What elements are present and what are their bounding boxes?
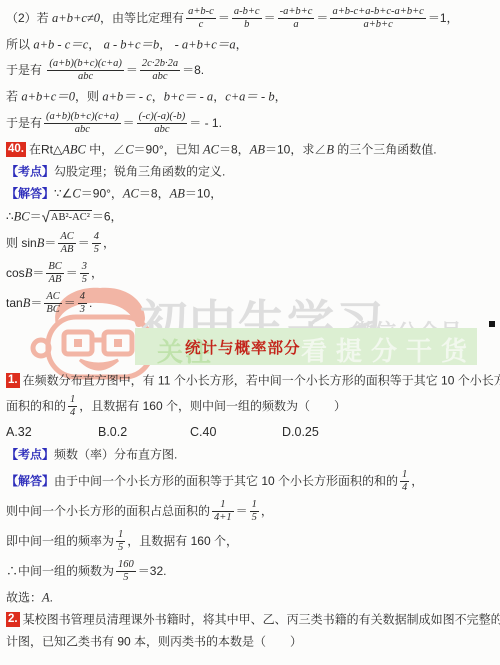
text-run: ， bbox=[261, 504, 273, 518]
fraction: 45 bbox=[92, 231, 101, 256]
text-run: ∴ bbox=[6, 209, 14, 223]
text-line: 【考点】频数（率）分布直方图. bbox=[6, 446, 500, 463]
math-run: AC bbox=[123, 187, 139, 201]
answer-option: B.0.2 bbox=[98, 424, 190, 441]
fraction: 43 bbox=[78, 291, 87, 316]
fraction: (-c)(-a)(-b)abc bbox=[137, 111, 188, 136]
document-content: （2）若 a+b+c≠0，由等比定理有a+b-cc＝a-b+cb＝-a+b+ca… bbox=[0, 0, 500, 651]
text-run: ， bbox=[236, 37, 248, 51]
text-run: （2）若 bbox=[6, 11, 52, 25]
text-line: 于是有 (a+b)(b+c)(c+a)abc＝2c·2b·2aabc＝8. bbox=[6, 58, 500, 83]
text-run: 计图，已知乙类书有 90 本，则丙类书的本数是（ ） bbox=[6, 635, 302, 649]
math-run: a+b - c＝c bbox=[33, 37, 88, 51]
fraction: 15 bbox=[250, 499, 259, 524]
math-run: b+c＝ - a bbox=[164, 90, 213, 104]
text-run: 即中间一组的频率为 bbox=[6, 534, 114, 548]
text-run: ∴中间一组的频数为 bbox=[6, 564, 114, 578]
text-line: tanB＝ACBC＝43. bbox=[6, 291, 500, 316]
fraction: ACBC bbox=[44, 291, 61, 316]
text-run: 中，∠ bbox=[86, 142, 125, 156]
fraction: (a+b)(b+c)(c+a)abc bbox=[44, 111, 121, 136]
text-run: ， bbox=[91, 266, 103, 280]
math-run: a+b＝ - c bbox=[102, 90, 151, 104]
text-run: 的三个三角函数值. bbox=[334, 142, 437, 156]
fraction: 35 bbox=[80, 261, 89, 286]
text-run: 故选： bbox=[6, 590, 42, 604]
text-run: ， bbox=[88, 37, 103, 51]
text-run: ， bbox=[213, 90, 225, 104]
text-run: ，且数据有 160 个，则中间一组的频数为（ ） bbox=[79, 399, 346, 413]
math-run: AB bbox=[250, 142, 265, 156]
text-line: 于是有(a+b)(b+c)(c+a)abc＝(-c)(-a)(-b)abc＝ -… bbox=[6, 111, 500, 136]
math-run: AB bbox=[170, 187, 185, 201]
math-run: B bbox=[326, 142, 334, 156]
answer-option: C.40 bbox=[190, 424, 282, 441]
text-run: ＝8. bbox=[182, 63, 204, 77]
fraction: a+b-c+a-b+c-a+b+ca+b+c bbox=[330, 6, 425, 31]
section-label: 【解答】 bbox=[6, 187, 54, 201]
fraction: -a+b+ca bbox=[278, 6, 315, 31]
text-run: ＝8， bbox=[219, 142, 250, 156]
math-run: A bbox=[42, 590, 50, 604]
fraction: 1605 bbox=[116, 559, 136, 584]
text-line: 则 sinB＝ACAB＝45， bbox=[6, 231, 500, 256]
text-run: . bbox=[50, 590, 53, 604]
problem-lines-bottom: 1.在频数分布直方图中，有 11 个小长方形，若中间一个小长方形的面积等于其它 … bbox=[0, 372, 500, 651]
text-line: 故选：A. bbox=[6, 589, 500, 606]
fraction: ACAB bbox=[58, 231, 75, 256]
text-run: ＝6， bbox=[92, 209, 123, 223]
section-label: 【考点】 bbox=[6, 448, 54, 462]
text-run: ＝10， bbox=[185, 187, 222, 201]
text-run: cos bbox=[6, 266, 25, 280]
text-run: ， bbox=[275, 90, 287, 104]
text-run: ，且数据有 160 个， bbox=[127, 534, 238, 548]
text-run: ＝ bbox=[64, 296, 76, 310]
text-run: ＝ bbox=[30, 296, 42, 310]
text-run: ＝ bbox=[32, 266, 44, 280]
text-line: 则中间一个小长方形的面积占总面积的14+1＝15， bbox=[6, 499, 500, 524]
fraction: 14 bbox=[400, 469, 409, 494]
text-line: 40.在Rt△ABC 中，∠C＝90°，已知 AC＝8，AB＝10，求∠B 的三… bbox=[6, 141, 500, 158]
text-line: A.32B.0.2C.40D.0.25 bbox=[6, 424, 500, 441]
text-run: ＝1， bbox=[428, 11, 459, 25]
text-line: ∴中间一组的频数为1605＝32. bbox=[6, 559, 500, 584]
text-run: ＝ bbox=[236, 504, 248, 518]
text-run: ∵∠ bbox=[54, 187, 72, 201]
text-run: 则中间一个小长方形的面积占总面积的 bbox=[6, 504, 210, 518]
sqrt-expression: √AB²-AC² bbox=[42, 208, 92, 226]
math-run: ABC bbox=[62, 142, 86, 156]
math-run: a - b+c＝b bbox=[104, 37, 160, 51]
section-title: 统计与概率部分 bbox=[185, 336, 500, 358]
text-run: ＝ bbox=[44, 236, 56, 250]
math-run: a+b+c＝0 bbox=[21, 90, 75, 104]
text-run: 某校图书管理员清理课外书籍时，将其中甲、乙、丙三类书籍的有关数据制成如图不完整的… bbox=[23, 612, 500, 626]
math-run: C bbox=[72, 187, 80, 201]
text-run: 于是有 bbox=[6, 116, 42, 130]
text-run: ＝ bbox=[30, 209, 42, 223]
text-run: ， bbox=[103, 236, 115, 250]
text-line: cosB＝BCAB＝35， bbox=[6, 261, 500, 286]
text-line: 2.某校图书管理员清理课外书籍时，将其中甲、乙、丙三类书籍的有关数据制成如图不完… bbox=[6, 611, 500, 628]
fraction: 14+1 bbox=[212, 499, 234, 524]
text-run: ＝32. bbox=[138, 564, 167, 578]
text-run: ＝ - 1. bbox=[189, 116, 222, 130]
answer-option: A.32 bbox=[6, 424, 98, 441]
text-run: ＝90°， bbox=[81, 187, 123, 201]
text-run: . bbox=[89, 296, 92, 310]
text-run: 在Rt△ bbox=[29, 142, 62, 156]
text-line: 若 a+b+c＝0，则 a+b＝ - c，b+c＝ - a，c+a＝ - b， bbox=[6, 88, 500, 105]
text-line: ∴BC＝√AB²-AC²＝6， bbox=[6, 208, 500, 226]
text-run: ＝8， bbox=[139, 187, 170, 201]
text-run: ＝ bbox=[123, 116, 135, 130]
text-run: 由于中间一个小长方形的面积等于其它 10 个小长方形面积的和的 bbox=[54, 474, 398, 488]
math-run: AC bbox=[203, 142, 219, 156]
text-line: （2）若 a+b+c≠0，由等比定理有a+b-cc＝a-b+cb＝-a+b+ca… bbox=[6, 6, 500, 31]
text-run: ，由等比定理有 bbox=[100, 11, 184, 25]
text-run: ＝ bbox=[316, 11, 328, 25]
text-line: 所以 a+b - c＝c， a - b+c＝b， - a+b+c＝a， bbox=[6, 36, 500, 53]
text-run: ＝ bbox=[264, 11, 276, 25]
text-line: 【考点】勾股定理；锐角三角函数的定义. bbox=[6, 163, 500, 180]
fraction: a+b-cc bbox=[186, 6, 216, 31]
text-run: 所以 bbox=[6, 37, 33, 51]
math-run: BC bbox=[14, 209, 30, 223]
fraction: (a+b)(b+c)(c+a)abc bbox=[47, 58, 124, 83]
math-run: a+b+c≠0 bbox=[52, 11, 100, 25]
math-run: C bbox=[125, 142, 133, 156]
math-run: - a+b+c＝a bbox=[175, 37, 236, 51]
text-run: 频数（率）分布直方图. bbox=[54, 448, 177, 462]
fraction: 14 bbox=[68, 394, 77, 419]
fraction: a-b+cb bbox=[232, 6, 262, 31]
solution-lines-top: （2）若 a+b+c≠0，由等比定理有a+b-cc＝a-b+cb＝-a+b+ca… bbox=[0, 6, 500, 316]
problem-number-badge: 1. bbox=[6, 373, 20, 388]
answer-option: D.0.25 bbox=[282, 424, 374, 441]
text-run: ＝ bbox=[78, 236, 90, 250]
text-run: 于是有 bbox=[6, 63, 45, 77]
problem-number-badge: 2. bbox=[6, 612, 20, 627]
text-run: ， bbox=[152, 90, 164, 104]
text-line: 即中间一组的频率为15，且数据有 160 个， bbox=[6, 529, 500, 554]
text-line: 【解答】∵∠C＝90°，AC＝8，AB＝10， bbox=[6, 185, 500, 202]
text-line: 【解答】由于中间一个小长方形的面积等于其它 10 个小长方形面积的和的14， bbox=[6, 469, 500, 494]
text-run: ＝90°，已知 bbox=[134, 142, 203, 156]
text-run: ＝10，求∠ bbox=[265, 142, 326, 156]
section-label: 【解答】 bbox=[6, 474, 54, 488]
fraction: BCAB bbox=[46, 261, 63, 286]
text-run: ， bbox=[411, 474, 423, 488]
text-run: tan bbox=[6, 296, 23, 310]
text-line: 面积的和的14，且数据有 160 个，则中间一组的频数为（ ） bbox=[6, 394, 500, 419]
text-run: ， bbox=[159, 37, 174, 51]
fraction: 15 bbox=[116, 529, 125, 554]
text-run: ＝ bbox=[126, 63, 138, 77]
fraction: 2c·2b·2aabc bbox=[140, 58, 180, 83]
text-run: 勾股定理；锐角三角函数的定义. bbox=[54, 164, 225, 178]
text-run: ，则 bbox=[75, 90, 102, 104]
text-run: 则 sin bbox=[6, 236, 37, 250]
text-run: 在频数分布直方图中，有 11 个小长方形，若中间一个小长方形的面积等于其它 10… bbox=[23, 373, 500, 387]
text-run: ＝ bbox=[218, 11, 230, 25]
section-label: 【考点】 bbox=[6, 164, 54, 178]
text-run: ＝ bbox=[66, 266, 78, 280]
text-run: 面积的和的 bbox=[6, 399, 66, 413]
problem-number-badge: 40. bbox=[6, 142, 26, 157]
text-line: 计图，已知乙类书有 90 本，则丙类书的本数是（ ） bbox=[6, 633, 500, 650]
math-run: c+a＝ - b bbox=[225, 90, 274, 104]
text-line: 1.在频数分布直方图中，有 11 个小长方形，若中间一个小长方形的面积等于其它 … bbox=[6, 372, 500, 389]
text-run: 若 bbox=[6, 90, 21, 104]
